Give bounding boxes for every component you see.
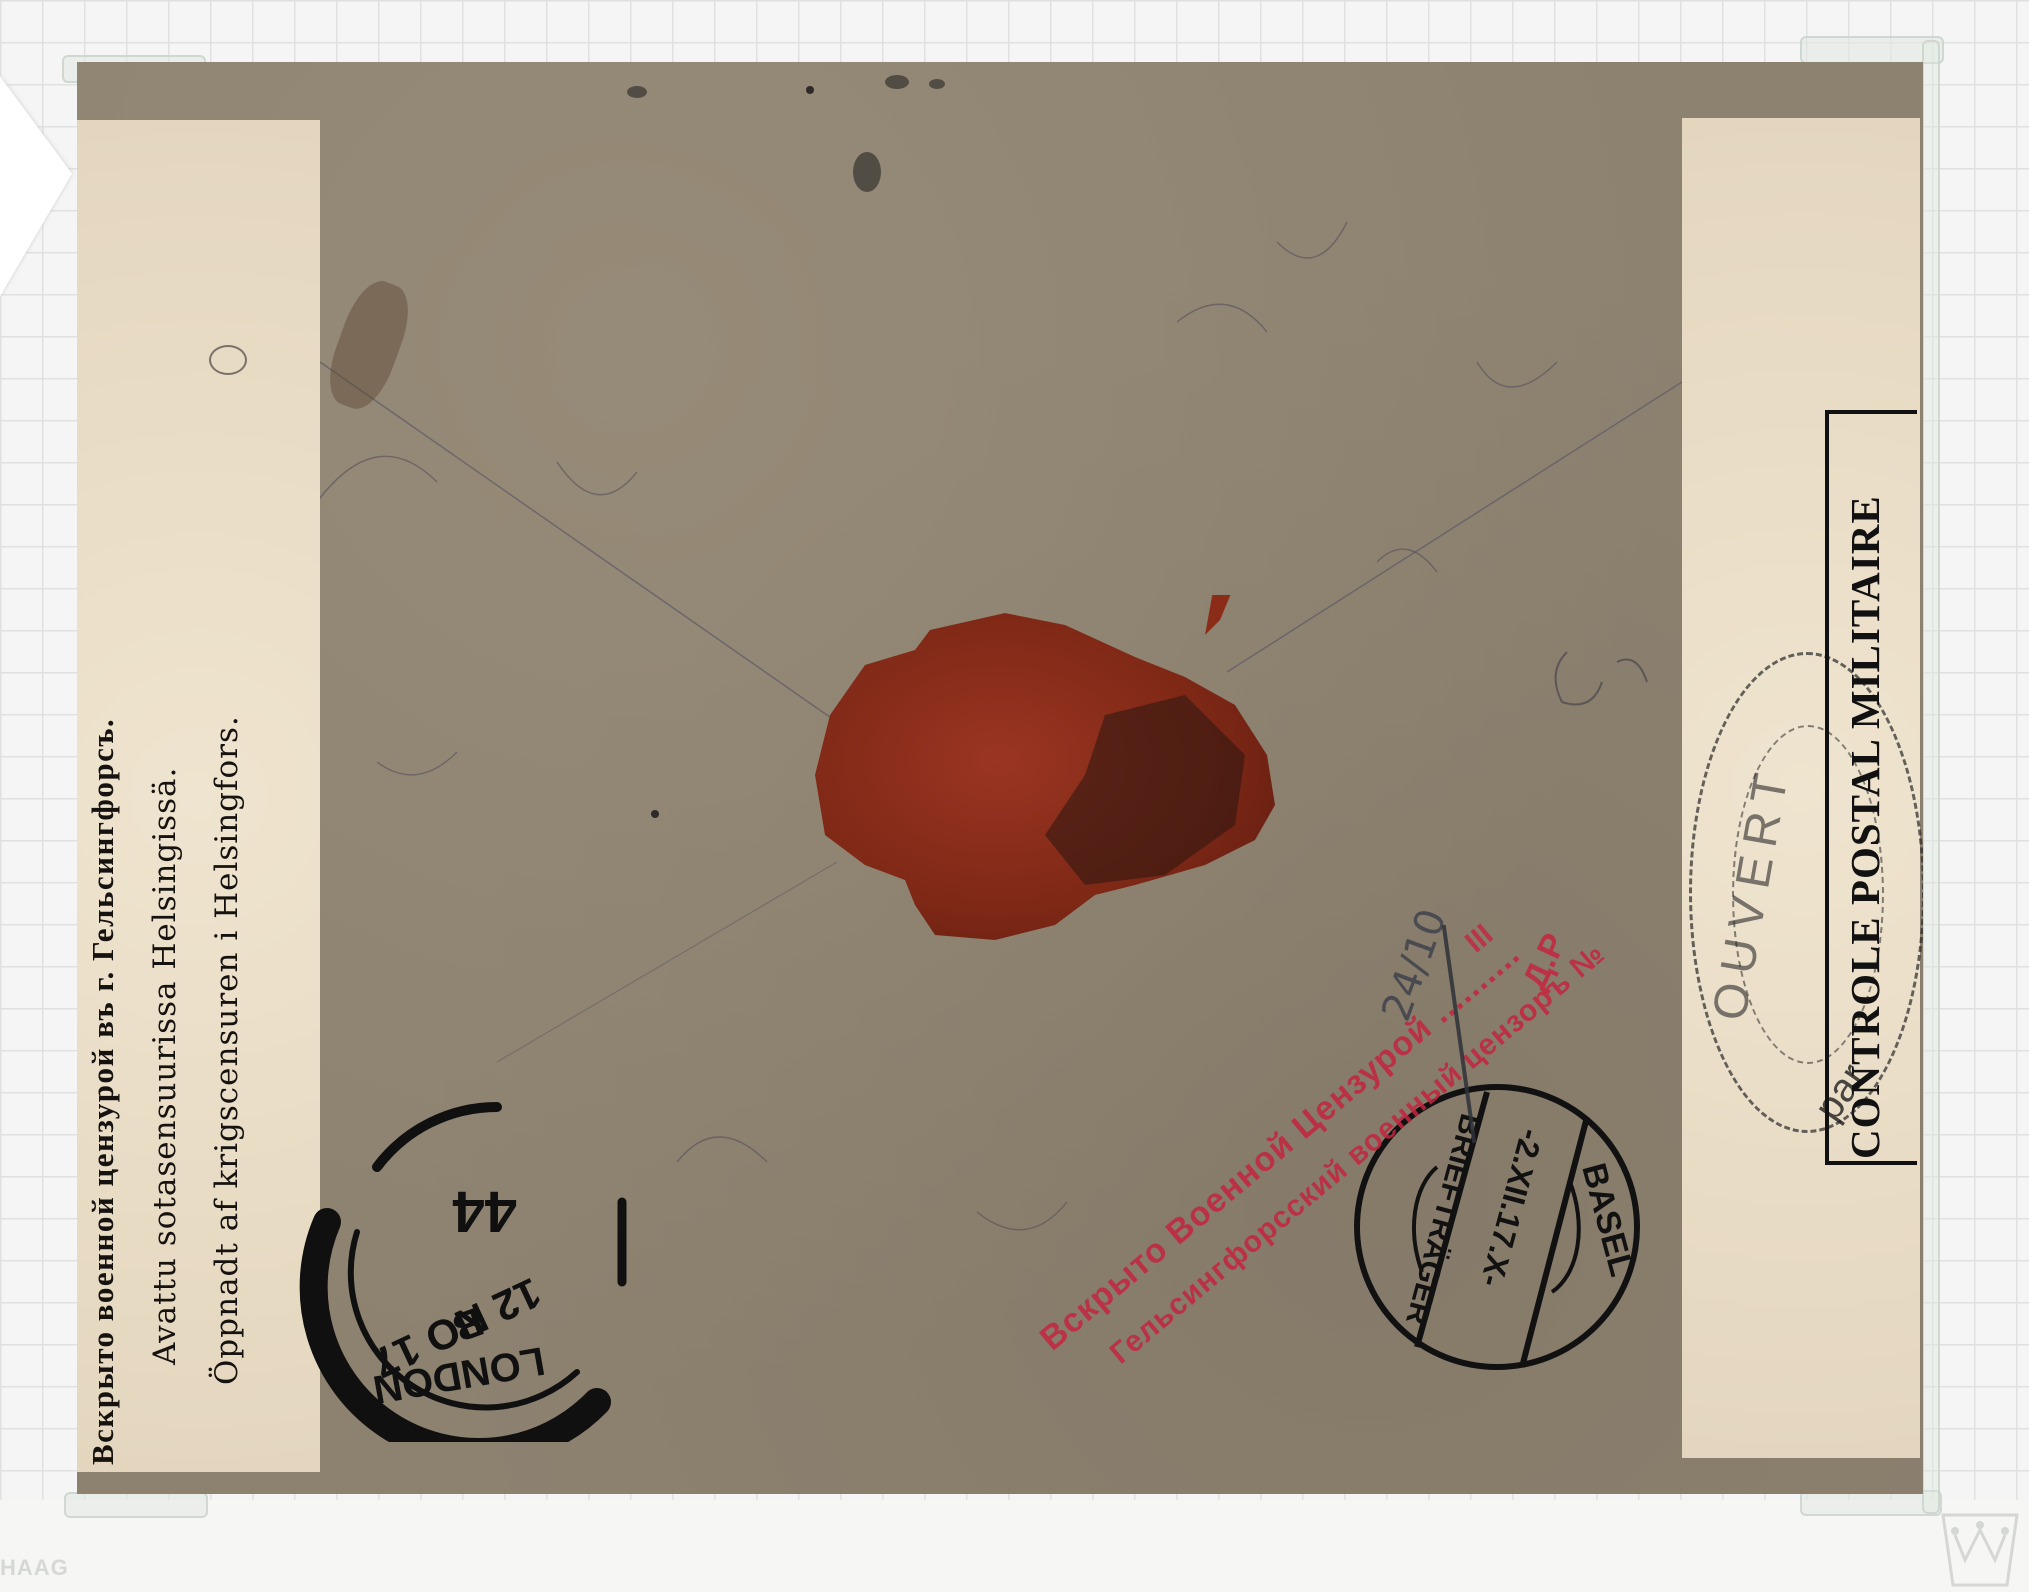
mount-strip-right-edge xyxy=(1922,40,1940,1514)
censor-label-russian-line: Вскрыто военной цензурой въ г. Гельсингф… xyxy=(85,718,121,1465)
censor-label-finland: Вскрыто военной цензурой въ г. Гельсингф… xyxy=(77,120,320,1472)
wax-seal xyxy=(805,595,1290,955)
crown-watermark-icon xyxy=(1935,1505,2025,1592)
basel-date-text: -2.XII.17.X- xyxy=(1473,1125,1550,1291)
envelope-back: Вскрыто военной цензурой въ г. Гельсингф… xyxy=(77,62,1923,1494)
punch-hole-mark xyxy=(209,345,247,375)
mount-corner-flap xyxy=(0,64,72,297)
controle-postal-text: CONTROLE POSTAL MILITAIRE xyxy=(1841,495,1889,1159)
album-page-lower xyxy=(0,1500,2029,1592)
controle-postal-box: CONTROLE POSTAL MILITAIRE xyxy=(1825,410,1917,1165)
censor-label-finnish-line: Avattu sotasensuurissa Helsingissä. xyxy=(147,767,183,1365)
album-watermark-text: HAAG xyxy=(0,1555,69,1581)
london-top-text: 44 xyxy=(452,1179,517,1244)
mount-strip-bottom-left xyxy=(64,1492,208,1518)
london-registered-postmark: 44 12 NO 17 B LONDON xyxy=(287,1072,647,1442)
censor-label-swedish-line: Öppnadt af krigscensuren i Helsingfors. xyxy=(209,715,245,1385)
